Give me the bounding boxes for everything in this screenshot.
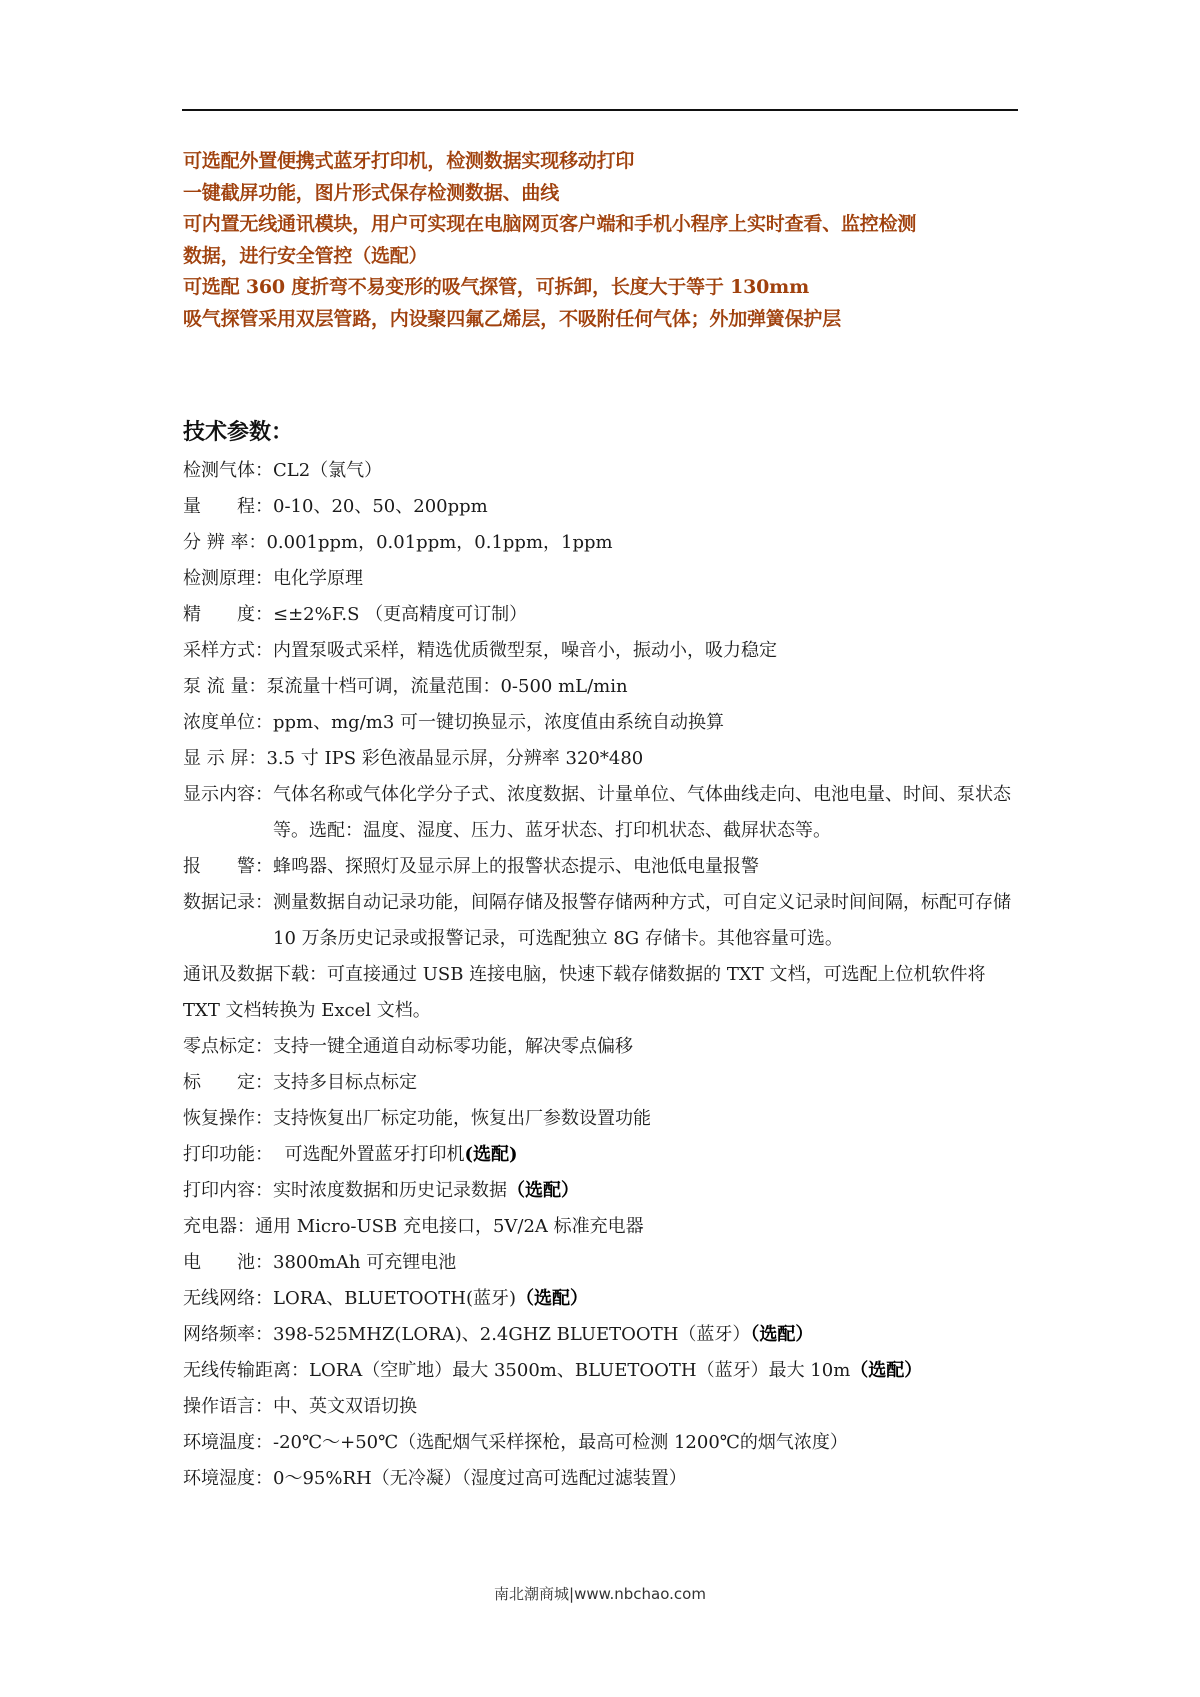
spec-value: 电化学原理 [273,561,1023,597]
spec-value: 3800mAh 可充锂电池 [273,1245,1023,1281]
optional-badge: （选配） [750,1324,813,1345]
spec-value: 0～95%RH（无冷凝）（湿度过高可选配过滤装置） [273,1461,1023,1497]
spec-label: 采样方式： [183,633,273,669]
spec-value: ≤±2%F.S （更高精度可订制） [273,597,1023,633]
optional-badge: （选配） [850,1360,922,1381]
feature-line: 数据，进行安全管控（选配） [183,241,1023,273]
header-rule [182,109,1018,111]
spec-row-battery: 电 池： 3800mAh 可充锂电池 [183,1245,1023,1281]
spec-label: 量 程： [183,489,273,525]
spec-label: 浓度单位： [183,705,273,741]
spec-value: LORA（空旷地）最大 3500m、BLUETOOTH（蓝牙）最大 10m [309,1360,850,1381]
spec-label: 精 度： [183,597,273,633]
spec-value: -20℃～+50℃（选配烟气采样探枪，最高可检测 1200℃的烟气浓度） [273,1425,1023,1461]
spec-value: 内置泵吸式采样，精选优质微型泵，噪音小，振动小，吸力稳定 [273,633,1023,669]
page-footer: 南北潮商城|www.nbchao.com [0,1583,1200,1604]
spec-row-temperature: 环境温度： -20℃～+50℃（选配烟气采样探枪，最高可检测 1200℃的烟气浓… [183,1425,1023,1461]
spec-list: 检测气体： CL2（氯气） 量 程： 0-10、20、50、200ppm 分 辨… [183,453,1023,1497]
spec-label: 数据记录： [183,885,273,957]
spec-row-humidity: 环境湿度： 0～95%RH（无冷凝）（湿度过高可选配过滤装置） [183,1461,1023,1497]
spec-value: CL2（氯气） [273,453,1023,489]
spec-label: 检测气体： [183,453,273,489]
spec-value-group: LORA、BLUETOOTH(蓝牙)（选配） [273,1281,1023,1317]
spec-row-print-content: 打印内容： 实时浓度数据和历史记录数据（选配） [183,1173,1023,1209]
optional-badge: (选配) [464,1144,517,1165]
spec-value: 气体名称或气体化学分子式、浓度数据、计量单位、气体曲线走向、电池电量、时间、泵状… [273,777,1023,849]
spec-label: 检测原理： [183,561,273,597]
spec-label: 显 示 屏： [183,741,266,777]
spec-value: 支持恢复出厂标定功能，恢复出厂参数设置功能 [273,1101,1023,1137]
spec-row-wireless: 无线网络： LORA、BLUETOOTH(蓝牙)（选配） [183,1281,1023,1317]
spec-label: 分 辨 率： [183,525,266,561]
spec-row-gas: 检测气体： CL2（氯气） [183,453,1023,489]
spec-row-resolution: 分 辨 率： 0.001ppm，0.01ppm，0.1ppm，1ppm [183,525,1023,561]
spec-row-calibration: 标 定： 支持多目标点标定 [183,1065,1023,1101]
spec-label: 无线传输距离： [183,1353,309,1389]
spec-row-communication: 通讯及数据下载：可直接通过 USB 连接电脑，快速下载存储数据的 TXT 文档，… [183,957,1023,1029]
spec-value: 可选配外置蓝牙打印机 [273,1144,464,1165]
spec-row-display-content: 显示内容： 气体名称或气体化学分子式、浓度数据、计量单位、气体曲线走向、电池电量… [183,777,1023,849]
feature-line: 可内置无线通讯模块，用户可实现在电脑网页客户端和手机小程序上实时查看、监控检测 [183,209,1023,241]
spec-value-group: LORA（空旷地）最大 3500m、BLUETOOTH（蓝牙）最大 10m（选配… [309,1353,1023,1389]
spec-row-range: 量 程： 0-10、20、50、200ppm [183,489,1023,525]
spec-label: 电 池： [183,1245,273,1281]
feature-line: 一键截屏功能，图片形式保存检测数据、曲线 [183,178,1023,210]
spec-value: 实时浓度数据和历史记录数据 [273,1180,507,1201]
spec-value: 0-10、20、50、200ppm [273,489,1023,525]
optional-badge: （选配） [507,1180,579,1201]
spec-label: 显示内容： [183,777,273,849]
spec-label: 网络频率： [183,1317,273,1353]
spec-value-group: 398-525MHZ(LORA)、2.4GHZ BLUETOOTH（蓝牙）（选配… [273,1317,1023,1353]
spec-label: 泵 流 量： [183,669,266,705]
spec-row-units: 浓度单位： ppm、mg/m3 可一键切换显示，浓度值由系统自动换算 [183,705,1023,741]
spec-row-pump-flow: 泵 流 量： 泵流量十档可调，流量范围：0-500 mL/min [183,669,1023,705]
spec-value: 蜂鸣器、探照灯及显示屏上的报警状态提示、电池低电量报警 [273,849,1023,885]
spec-row-language: 操作语言： 中、英文双语切换 [183,1389,1023,1425]
spec-value: 泵流量十档可调，流量范围：0-500 mL/min [266,669,1023,705]
spec-label: 恢复操作： [183,1101,273,1137]
spec-value: 支持一键全通道自动标零功能，解决零点偏移 [273,1029,1023,1065]
spec-label: 打印功能： [183,1137,273,1173]
spec-label: 环境温度： [183,1425,273,1461]
spec-label: 零点标定： [183,1029,273,1065]
spec-row-accuracy: 精 度： ≤±2%F.S （更高精度可订制） [183,597,1023,633]
spec-label: 打印内容： [183,1173,273,1209]
feature-line: 可选配外置便携式蓝牙打印机，检测数据实现移动打印 [183,146,1023,178]
spec-row-display: 显 示 屏： 3.5 寸 IPS 彩色液晶显示屏，分辨率 320*480 [183,741,1023,777]
spec-value-group: 可选配外置蓝牙打印机(选配) [273,1137,1023,1173]
spec-label: 操作语言： [183,1389,273,1425]
spec-row-print-function: 打印功能： 可选配外置蓝牙打印机(选配) [183,1137,1023,1173]
spec-label: 标 定： [183,1065,273,1101]
spec-row-sampling: 采样方式： 内置泵吸式采样，精选优质微型泵，噪音小，振动小，吸力稳定 [183,633,1023,669]
spec-label: 通讯及数据下载： [183,964,327,985]
spec-row-alarm: 报 警： 蜂鸣器、探照灯及显示屏上的报警状态提示、电池低电量报警 [183,849,1023,885]
spec-row-zero-calibration: 零点标定： 支持一键全通道自动标零功能，解决零点偏移 [183,1029,1023,1065]
spec-value: 支持多目标点标定 [273,1065,1023,1101]
spec-value: LORA、BLUETOOTH(蓝牙) [273,1288,516,1309]
spec-label: 报 警： [183,849,273,885]
spec-value: 3.5 寸 IPS 彩色液晶显示屏，分辨率 320*480 [266,741,1023,777]
optional-badge: （选配） [516,1288,588,1309]
spec-value: 0.001ppm，0.01ppm，0.1ppm，1ppm [266,525,1023,561]
spec-value-group: 实时浓度数据和历史记录数据（选配） [273,1173,1023,1209]
feature-line: 可选配 360 度折弯不易变形的吸气探管，可拆卸，长度大于等于 130mm [183,272,1023,304]
spec-row-charger: 充电器： 通用 Micro-USB 充电接口，5V/2A 标准充电器 [183,1209,1023,1245]
spec-value: 测量数据自动记录功能，间隔存储及报警存储两种方式，可自定义记录时间间隔，标配可存… [273,885,1023,957]
spec-row-principle: 检测原理： 电化学原理 [183,561,1023,597]
feature-line: 吸气探管采用双层管路，内设聚四氟乙烯层，不吸附任何气体；外加弹簧保护层 [183,304,1023,336]
feature-list: 可选配外置便携式蓝牙打印机，检测数据实现移动打印 一键截屏功能，图片形式保存检测… [183,146,1023,335]
section-title-specs: 技术参数： [183,415,293,446]
spec-row-data-logging: 数据记录： 测量数据自动记录功能，间隔存储及报警存储两种方式，可自定义记录时间间… [183,885,1023,957]
spec-value: 398-525MHZ(LORA)、2.4GHZ BLUETOOTH（蓝牙） [273,1324,750,1345]
spec-label: 环境湿度： [183,1461,273,1497]
spec-row-frequency: 网络频率： 398-525MHZ(LORA)、2.4GHZ BLUETOOTH（… [183,1317,1023,1353]
spec-row-restore: 恢复操作： 支持恢复出厂标定功能，恢复出厂参数设置功能 [183,1101,1023,1137]
spec-value: ppm、mg/m3 可一键切换显示，浓度值由系统自动换算 [273,705,1023,741]
spec-value: 中、英文双语切换 [273,1389,1023,1425]
spec-row-transmission-distance: 无线传输距离： LORA（空旷地）最大 3500m、BLUETOOTH（蓝牙）最… [183,1353,1023,1389]
spec-value: 通用 Micro-USB 充电接口，5V/2A 标准充电器 [255,1209,1023,1245]
spec-label: 充电器： [183,1209,255,1245]
spec-label: 无线网络： [183,1281,273,1317]
